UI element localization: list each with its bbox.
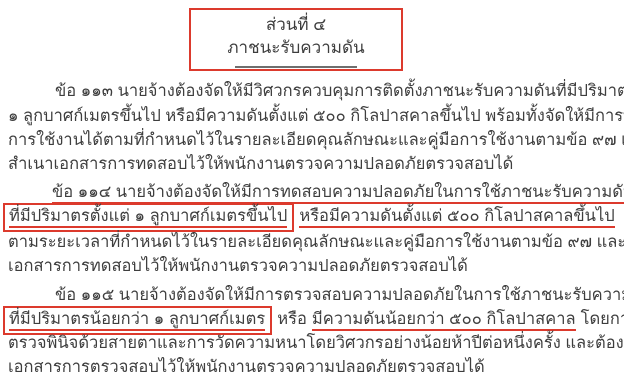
clause115-line1: ข้อ ๑๑๕ นายจ้างต้องจัดให้มีการตรวจสอบควา… <box>55 285 624 306</box>
clause115-line3: ตรวจพินิจด้วยสายตาและการวัดความหนาโดยวิศ… <box>8 333 624 354</box>
clause115-line4: เอกสารการตรวจสอบไว้ให้พนักงานตรวจความปลอ… <box>8 357 485 378</box>
clause114-line3: ตามระยะเวลาที่กำหนดไว้ในรายละเอียดคุณลัก… <box>8 232 624 253</box>
clause114-line1: ข้อ ๑๑๔ นายจ้างต้องจัดให้มีการทดสอบความป… <box>52 182 624 203</box>
clause115-boxed-phrase: ที่มีปริมาตรน้อยกว่า ๑ ลูกบาศก์เมตร <box>9 310 265 331</box>
clause115-line2-underlined: มีความดันน้อยกว่า ๕๐๐ กิโลปาสคาล <box>312 310 576 331</box>
clause115-line2: ที่มีปริมาตรน้อยกว่า ๑ ลูกบาศก์เมตรหรือม… <box>3 306 624 335</box>
section-header-annotation-box: ส่วนที่ ๔ ภาชนะรับความดัน <box>189 8 403 71</box>
section-title: ภาชนะรับความดัน <box>227 36 364 59</box>
clause113-line4: สำเนาเอกสารการทดสอบไว้ให้พนักงานตรวจความ… <box>8 154 513 175</box>
clause113-line3: การใช้งานได้ตามที่กำหนดไว้ในรายละเอียดคุ… <box>8 130 624 151</box>
clause115-conjunction: หรือ <box>277 310 307 328</box>
clause114-boxed-phrase: ที่มีปริมาตรตั้งแต่ ๑ ลูกบาศก์เมตรขึ้นไป <box>9 207 287 228</box>
clause114-line1-underlined: ข้อ ๑๑๔ นายจ้างต้องจัดให้มีการทดสอบความป… <box>52 183 624 204</box>
clause114-annotation-box: ที่มีปริมาตรตั้งแต่ ๑ ลูกบาศก์เมตรขึ้นไป <box>3 203 294 232</box>
clause113-line2: ๑ ลูกบาศก์เมตรขึ้นไป หรือมีความดันตั้งแต… <box>8 106 624 127</box>
section-part-label: ส่วนที่ ๔ <box>266 13 326 36</box>
clause114-line2-underlined: หรือมีความดันตั้งแต่ ๕๐๐ กิโลปาสคาลขึ้นไ… <box>299 207 614 228</box>
clause114-line4: เอกสารการทดสอบไว้ให้พนักงานตรวจความปลอดภ… <box>8 256 468 277</box>
clause114-line2: ที่มีปริมาตรตั้งแต่ ๑ ลูกบาศก์เมตรขึ้นไป… <box>3 203 615 232</box>
clause115-line2-tail: โดยการ <box>581 310 624 328</box>
clause113-line1: ข้อ ๑๑๓ นายจ้างต้องจัดให้มีวิศวกรควบคุมก… <box>55 81 624 102</box>
section-divider-rule <box>235 66 357 68</box>
document-page: ส่วนที่ ๔ ภาชนะรับความดัน ข้อ ๑๑๓ นายจ้า… <box>0 0 624 383</box>
clause115-annotation-box: ที่มีปริมาตรน้อยกว่า ๑ ลูกบาศก์เมตร <box>3 306 272 335</box>
